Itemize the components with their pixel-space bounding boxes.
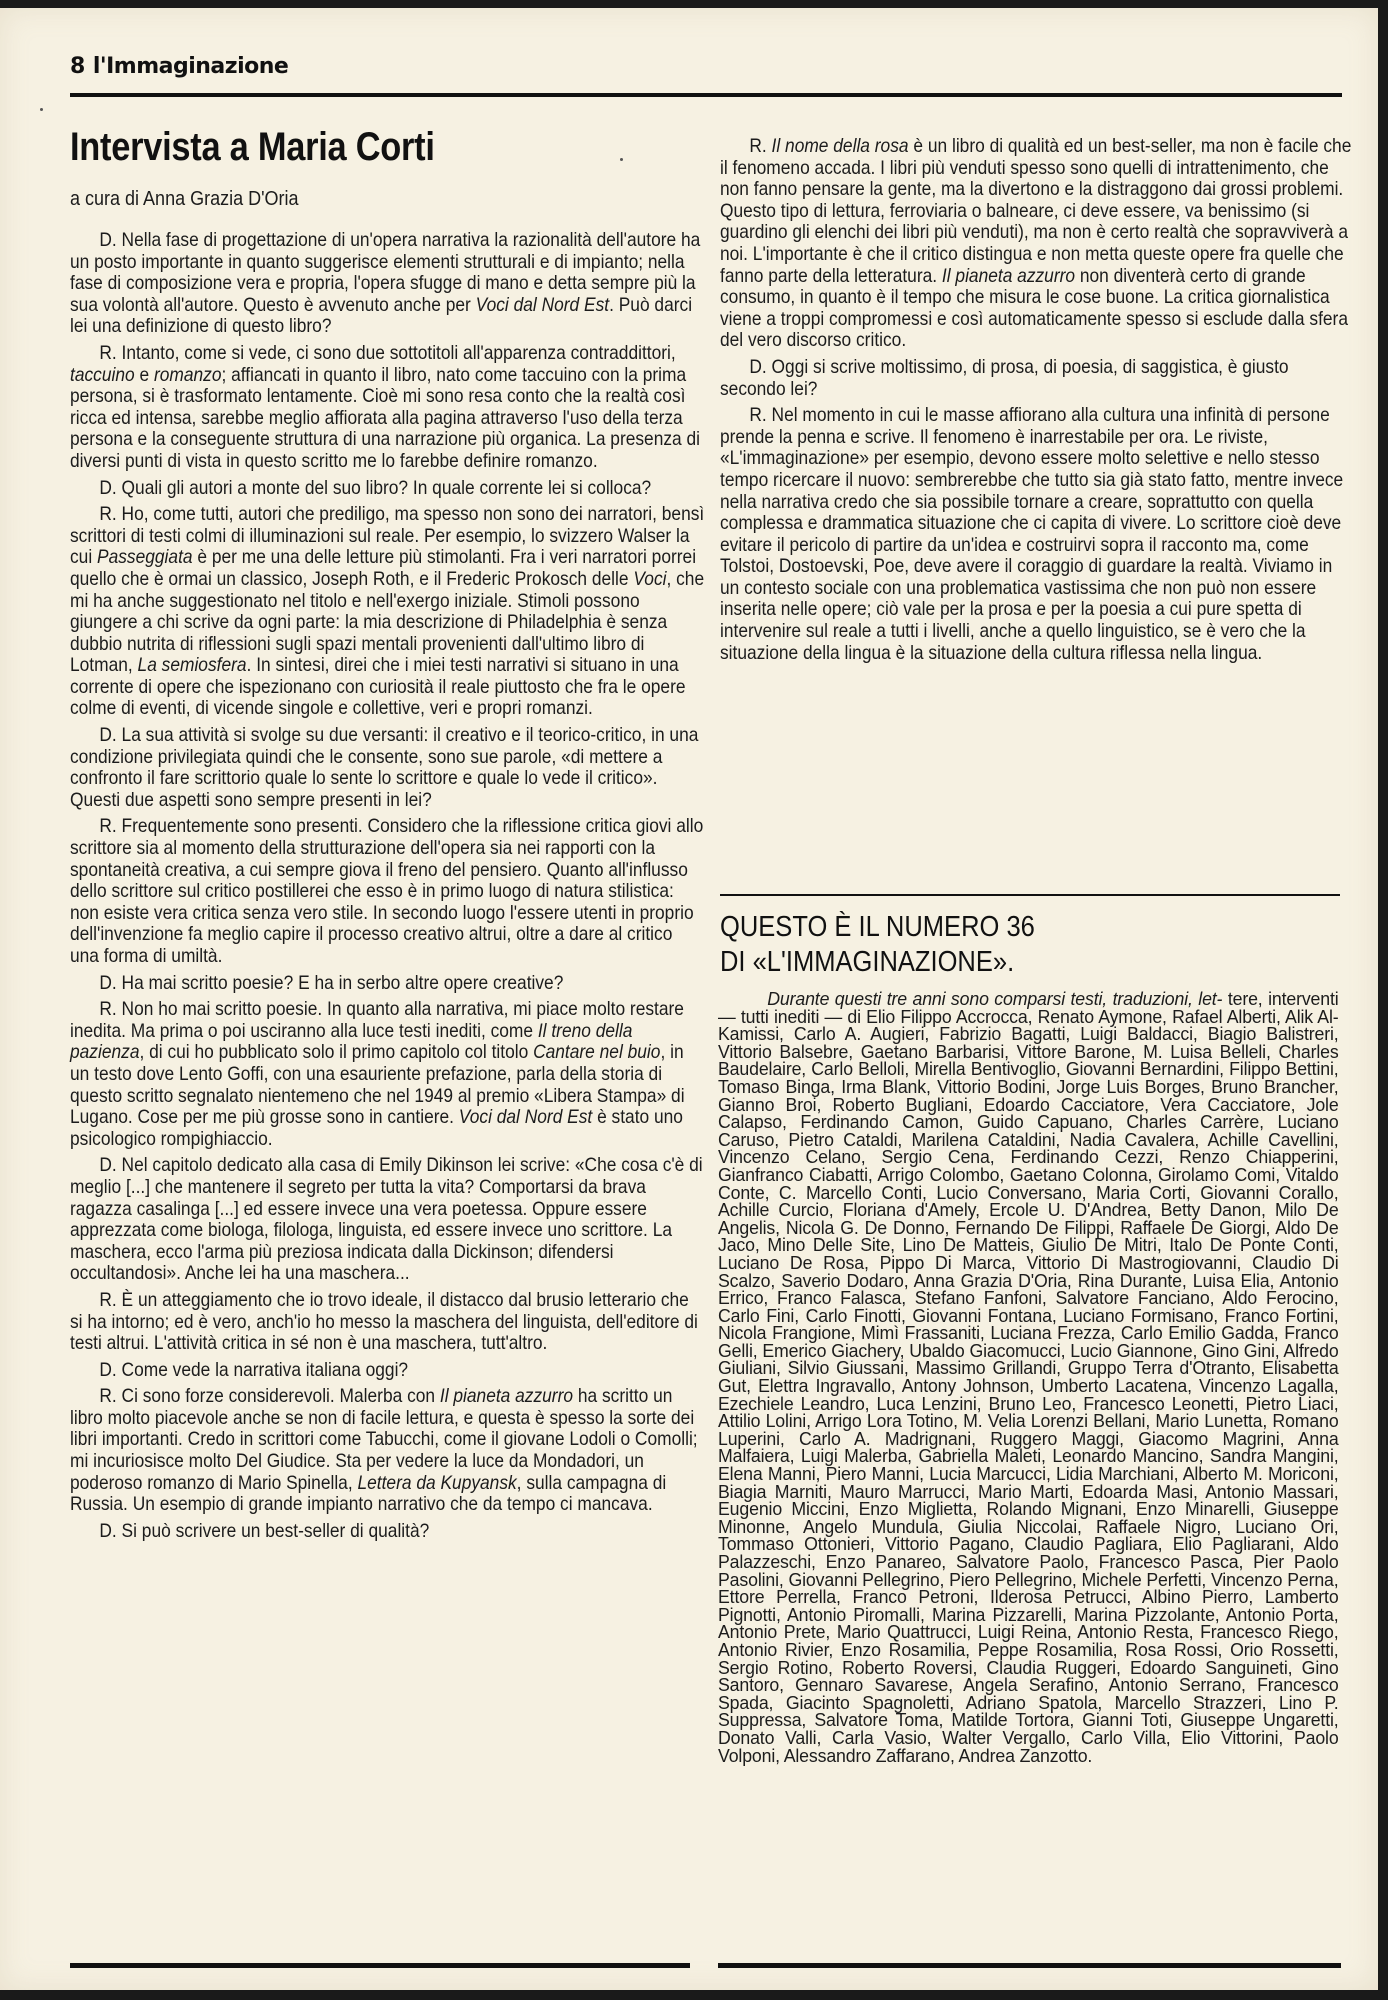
magazine-page: 8l'Immaginazione Intervista a Maria Cort… [0,8,1378,1990]
italic-title: taccuino [70,364,135,386]
text-run: D. Quali gli autori a monte del suo libr… [99,477,651,499]
text-run: D. Si può scrivere un best-seller di qua… [99,1520,429,1542]
text-run: R. Intanto, come si vede, ci sono due so… [99,342,675,364]
article-title: Intervista a Maria Corti [70,125,435,170]
answer-paragraph: R. È un atteggiamento che io trovo ideal… [70,1290,705,1355]
question-paragraph: D. Nella fase di progettazione di un'ope… [70,230,705,338]
text-run: , di cui ho pubblicato solo il primo cap… [139,1041,533,1063]
question-paragraph: D. Quali gli autori a monte del suo libr… [70,478,705,500]
question-paragraph: D. Ha mai scritto poesie? E ha in serbo … [70,973,705,995]
contributors-names: tere, interventi — tutti inediti — di El… [718,989,1339,1766]
answer-paragraph: R. Nel momento in cui le masse affiorano… [720,405,1356,664]
text-run: D. Nel capitolo dedicato alla casa di Em… [70,1154,703,1284]
text-run: e [135,364,154,386]
text-run: R. Ci sono forze considerevoli. Malerba … [99,1385,440,1407]
italic-title: Il pianeta azzurro [440,1385,573,1407]
footer-rule-right [718,1963,1341,1968]
italic-title: La semiosfera [138,654,247,676]
italic-title: Voci dal Nord Est [476,294,609,316]
section-divider [720,894,1340,896]
answer-paragraph: R. Non ho mai scritto poesie. In quanto … [70,999,705,1150]
text-run: R. [749,135,771,157]
text-run: D. Oggi si scrive moltissimo, di prosa, … [720,356,1289,400]
running-header: 8l'Immaginazione [70,54,288,79]
text-run: D. Come vede la narrativa italiana oggi? [99,1359,408,1381]
notice-title: QUESTO È IL NUMERO 36 DI «L'IMMAGINAZION… [720,910,1035,980]
answer-paragraph: R. Intanto, come si vede, ci sono due so… [70,343,705,473]
print-speck [620,158,623,161]
notice-title-line2: DI «L'IMMAGINAZIONE». [720,945,1035,980]
page-number: 8 [70,54,85,79]
article-left-column: D. Nella fase di progettazione di un'ope… [70,230,705,1547]
question-paragraph: D. Nel capitolo dedicato alla casa di Em… [70,1155,705,1285]
italic-title: Voci dal Nord Est [459,1106,592,1128]
question-paragraph: D. Si può scrivere un best-seller di qua… [70,1521,705,1543]
notice-title-line1: QUESTO È IL NUMERO 36 [720,910,1035,945]
italic-title: Il nome della rosa [772,135,909,157]
magazine-name: l'Immaginazione [93,54,289,79]
question-paragraph: D. Oggi si scrive moltissimo, di prosa, … [720,357,1356,400]
text-run: R. È un atteggiamento che io trovo ideal… [70,1289,698,1354]
answer-paragraph: R. Il nome della rosa è un libro di qual… [720,136,1356,352]
print-speck [40,108,43,111]
text-run: D. Ha mai scritto poesie? E ha in serbo … [99,972,563,994]
contributors-list: Durante questi tre anni sono comparsi te… [718,991,1339,1765]
answer-paragraph: R. Ho, come tutti, autori che prediligo,… [70,504,705,720]
italic-title: Passeggiata [97,546,193,568]
question-paragraph: D. La sua attività si svolge su due vers… [70,725,705,811]
article-right-column: R. Il nome della rosa è un libro di qual… [720,136,1356,669]
text-run: R. Frequentemente sono presenti. Conside… [70,815,703,967]
footer-rule-left [70,1963,690,1968]
question-paragraph: D. Come vede la narrativa italiana oggi? [70,1360,705,1382]
italic-title: Lettera da Kupyansk [357,1472,516,1494]
italic-title: Cantare nel buio [533,1041,660,1063]
italic-title: romanzo [154,364,222,386]
italic-title: Voci [633,568,666,590]
answer-paragraph: R. Ci sono forze considerevoli. Malerba … [70,1386,705,1516]
italic-title: Il pianeta azzurro [942,265,1075,287]
text-run: R. Nel momento in cui le masse affiorano… [720,404,1343,664]
text-run: D. La sua attività si svolge su due vers… [70,724,698,811]
answer-paragraph: R. Frequentemente sono presenti. Conside… [70,816,705,967]
header-rule [70,93,1342,97]
article-byline: a cura di Anna Grazia D'Oria [70,188,299,211]
